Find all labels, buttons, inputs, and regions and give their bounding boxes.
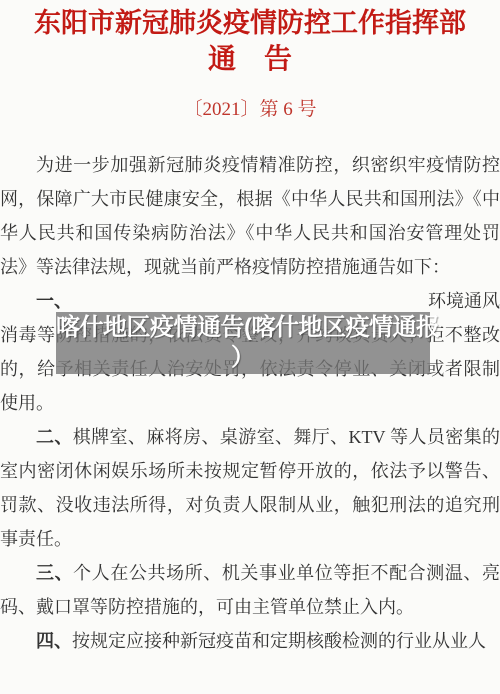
document-title-line1: 东阳市新冠肺炎疫情防控工作指挥部 xyxy=(0,0,500,40)
item-2-paragraph: 二、棋牌室、麻将房、桌游室、舞厅、KTV 等人员密集的室内密闭休闲娱乐场所未按规… xyxy=(0,420,500,556)
item-4-marker: 四、 xyxy=(36,631,72,651)
document-title-line2: 通告 xyxy=(0,40,500,80)
intro-paragraph: 为进一步加强新冠肺炎疫情精准防控，织密织牢疫情防控网，保障广大市民健康安全，根据… xyxy=(0,148,500,284)
item-4-paragraph: 四、按规定应接种新冠疫苗和定期核酸检测的行业从业人 xyxy=(0,624,500,658)
item-3-marker: 三、 xyxy=(36,563,73,583)
item-1-visible-fragment: 环境通风 xyxy=(428,284,500,318)
item-3-paragraph: 三、个人在公共场所、机关事业单位等拒不配合测温、亮码、戴口罩等防控措施的，可由主… xyxy=(0,556,500,624)
notice-document-page: 东阳市新冠肺炎疫情防控工作指挥部 通告 〔2021〕第 6 号 为进一步加强新冠… xyxy=(0,0,500,694)
document-number: 〔2021〕第 6 号 xyxy=(0,98,500,122)
document-body: 为进一步加强新冠肺炎疫情精准防控，织密织牢疫情防控网，保障广大市民健康安全，根据… xyxy=(0,148,500,658)
watermark-text-line2: ） xyxy=(56,343,430,372)
item-2-marker: 二、 xyxy=(36,427,73,447)
item-4-text: 按规定应接种新冠疫苗和定期核酸检测的行业从业人 xyxy=(72,631,486,651)
item-2-text: 棋牌室、麻将房、桌游室、舞厅、KTV 等人员密集的室内密闭休闲娱乐场所未按规定暂… xyxy=(0,427,500,549)
watermark-text-line1: 喀什地区疫情通告(喀什地区疫情通报 xyxy=(56,312,430,343)
watermark-overlay: 喀什地区疫情通告(喀什地区疫情通报 ） xyxy=(56,312,430,374)
item-3-text: 个人在公共场所、机关事业单位等拒不配合测温、亮码、戴口罩等防控措施的，可由主管单… xyxy=(0,563,500,617)
